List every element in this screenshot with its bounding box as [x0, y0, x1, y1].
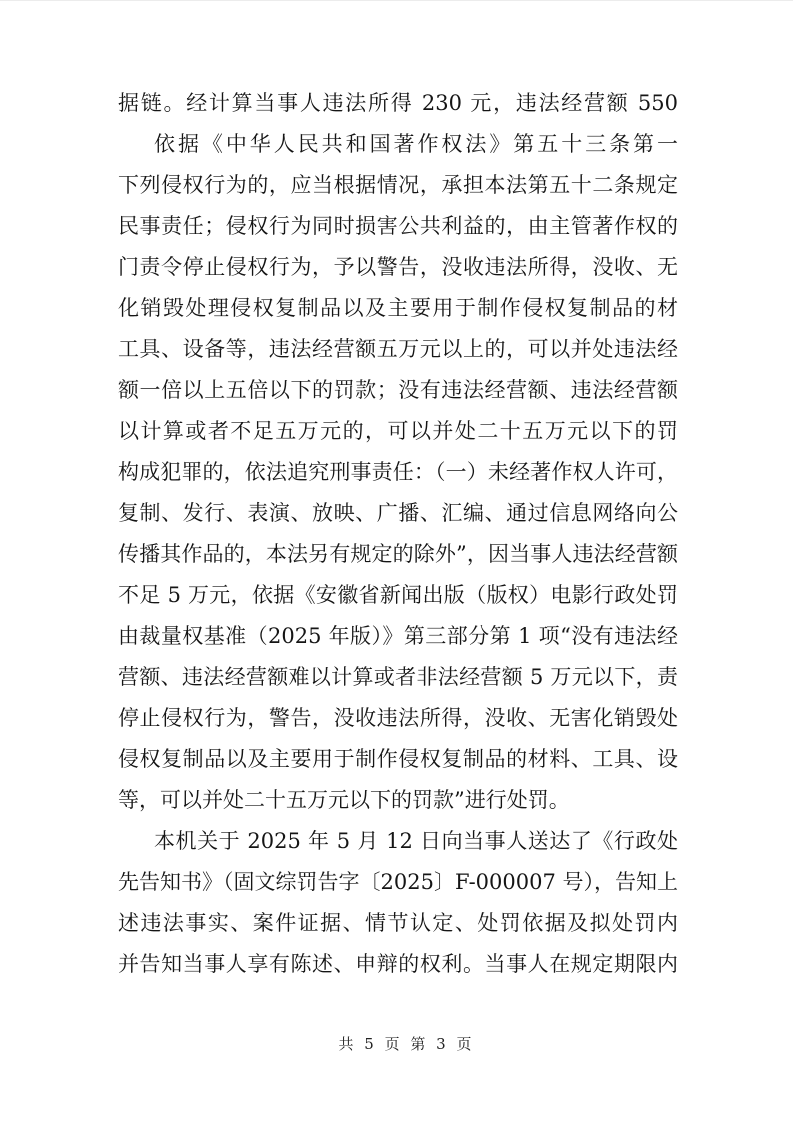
text-line: 以计算或者不足五万元的，可以并处二十五万元以下的罚款；	[118, 411, 678, 452]
text-line: 营额、违法经营额难以计算或者非法经营额 5 万元以下，责令	[118, 657, 678, 698]
page-footer: 共 5 页 第 3 页	[10, 1033, 793, 1054]
document-body: 据链。经计算当事人违法所得 230 元，违法经营额 550 元。依据《中华人民共…	[118, 83, 678, 985]
text-line: 复制、发行、表演、放映、广播、汇编、通过信息网络向公众	[118, 493, 678, 534]
text-line: 化销毁处理侵权复制品以及主要用于制作侵权复制品的材料、	[118, 288, 678, 329]
text-line: 门责令停止侵权行为，予以警告，没收违法所得，没收、无害	[118, 247, 678, 288]
text-line: 额一倍以上五倍以下的罚款；没有违法经营额、违法经营额难	[118, 370, 678, 411]
text-line: 民事责任；侵权行为同时损害公共利益的，由主管著作权的部	[118, 206, 678, 247]
text-line: 并告知当事人享有陈述、申辩的权利。当事人在规定期限内未	[118, 944, 678, 985]
text-line: 依据《中华人民共和国著作权法》第五十三条第一项：“有	[118, 124, 678, 165]
text-line: 工具、设备等，违法经营额五万元以上的，可以并处违法经营	[118, 329, 678, 370]
text-line: 停止侵权行为，警告，没收违法所得，没收、无害化销毁处理	[118, 698, 678, 739]
text-line: 先告知书》（固文综罚告字〔2025〕F-000007 号），告知上	[118, 862, 678, 903]
page-number: 共 5 页 第 3 页	[339, 1035, 475, 1053]
text-line: 下列侵权行为的，应当根据情况，承担本法第五十二条规定的	[118, 165, 678, 206]
text-line: 构成犯罪的，依法追究刑事责任：（一）未经著作权人许可，	[118, 452, 678, 493]
text-line: 侵权复制品以及主要用于制作侵权复制品的材料、工具、设备	[118, 739, 678, 780]
text-line: 传播其作品的，本法另有规定的除外”，因当事人违法经营额	[118, 534, 678, 575]
text-line: 述违法事实、案件证据、情节认定、处罚依据及拟处罚内容，	[118, 903, 678, 944]
text-line: 不足 5 万元，依据《安徽省新闻出版（版权）电影行政处罚自	[118, 575, 678, 616]
text-line: 由裁量权基准（2025 年版）》第三部分第 1 项“没有违法经	[118, 616, 678, 657]
text-line: 据链。经计算当事人违法所得 230 元，违法经营额 550 元。	[118, 83, 678, 124]
text-line: 等，可以并处二十五万元以下的罚款”进行处罚。	[118, 780, 678, 821]
text-line: 本机关于 2025 年 5 月 12 日向当事人送达了《行政处罚事	[118, 821, 678, 862]
document-page: 据链。经计算当事人违法所得 230 元，违法经营额 550 元。依据《中华人民共…	[0, 0, 793, 1122]
